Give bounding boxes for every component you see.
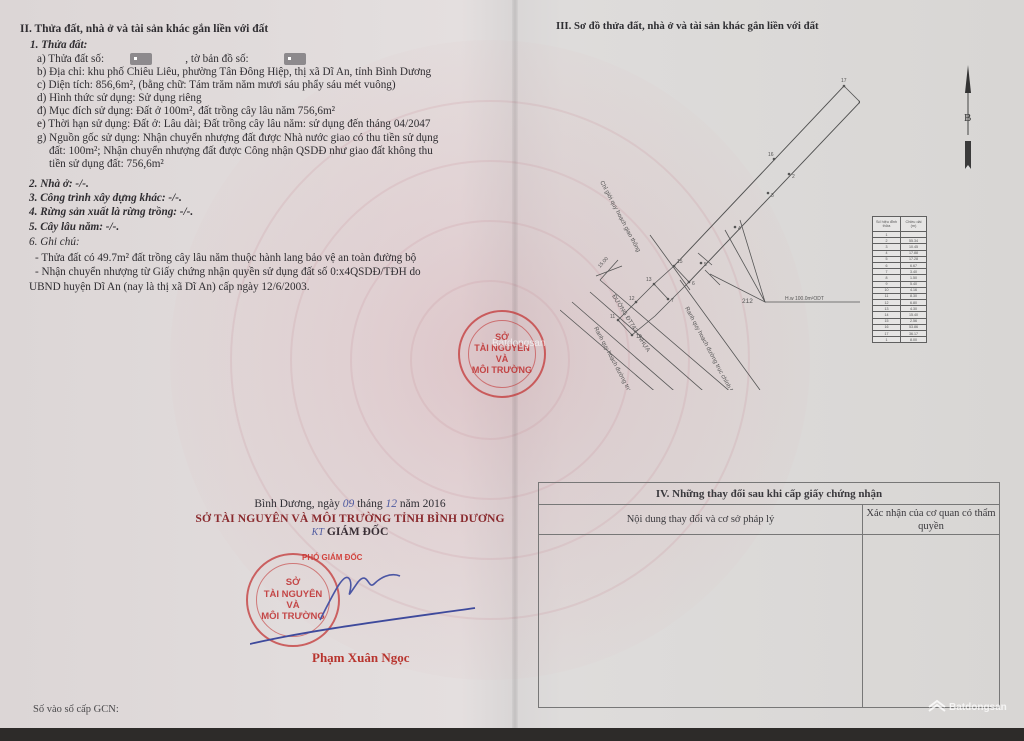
stamp-text: MÔI TRƯỜNG [472, 365, 532, 376]
map-sheet-label: , tờ bản đồ số: [185, 53, 248, 65]
kt-mark: KT [312, 527, 324, 538]
table-cell: 1 [873, 337, 901, 343]
date-year: năm 2016 [400, 498, 446, 510]
planned-road-label: Chỉ giới quy hoạch giao thông [598, 180, 642, 254]
svg-text:12: 12 [629, 296, 635, 302]
svg-text:3: 3 [771, 193, 774, 199]
svg-text:7: 7 [671, 298, 674, 304]
perennial-trees-line: 5. Cây lâu năm: -/-. [29, 221, 119, 234]
changes-confirmation-cell [863, 535, 1000, 708]
scale-note: H.w 100.0m²ODT [785, 296, 824, 302]
neighbor-parcel-label: 212 [742, 298, 753, 305]
land-certificate-sheet: II. Thửa đất, nhà ở và tài sản khác gắn … [0, 0, 1024, 728]
svg-text:11: 11 [610, 314, 615, 320]
table-cell: 8.00 [901, 337, 927, 343]
svg-text:15: 15 [677, 259, 683, 265]
watermark-logo: Batdongsan [928, 699, 1007, 715]
other-construction-line: 3. Công trình xây dựng khác: -/-. [29, 192, 182, 205]
origin-line-3: tiền sử dụng đất: 756,6m² [49, 158, 164, 171]
north-label: B [964, 112, 971, 124]
use-purpose-line: đ) Mục đích sử dụng: Đất ở 100m², đất tr… [37, 105, 335, 118]
parcel-number-line: a) Thửa đất số: , tờ bản đồ số: [37, 53, 306, 66]
table-surface [0, 728, 1024, 741]
boundary-length-table: Số hiệu đỉnh thửa Chiều dài (m) 1255.343… [872, 216, 927, 343]
dimension-label: 15.00 [597, 256, 610, 269]
notes-line-1: - Thửa đất có 49.7m² đất trồng cây lâu n… [35, 252, 416, 265]
changes-title: IV. Những thay đổi sau khi cấp giấy chứn… [539, 483, 1000, 505]
planned-line-label-2: Ranh quy hoạch đường trục chính Đông Tây [592, 326, 653, 390]
date-month-label: tháng [357, 498, 383, 510]
changes-content-cell [539, 535, 863, 708]
watermark-center: Batdongsan [492, 338, 545, 349]
header-vertex: Số hiệu đỉnh thửa [873, 217, 901, 232]
stamp-text: VÀ [496, 354, 509, 365]
land-parcel-heading: 1. Thửa đất: [30, 39, 87, 52]
date-month: 12 [386, 498, 398, 510]
production-forest-line: 4. Rừng sản xuất là rừng trồng: -/-. [29, 206, 193, 219]
origin-line-2: đất: 100m²; Nhận chuyển nhượng đất được … [49, 145, 433, 158]
signer-name: Phạm Xuân Ngọc [312, 650, 410, 666]
issue-date: Bình Dương, ngày 09 tháng 12 năm 2016 [180, 498, 520, 510]
director-label: GIÁM ĐỐC [327, 525, 389, 538]
use-form-line: d) Hình thức sử dụng: Sử dụng riêng [37, 92, 202, 105]
official-stamp-center: SỞ TÀI NGUYÊN VÀ MÔI TRƯỜNG [458, 310, 546, 398]
table-row: 18.00 [873, 337, 927, 343]
svg-text:6: 6 [692, 281, 695, 287]
section-iii-title: III. Sơ đồ thửa đất, nhà ở và tài sản kh… [556, 20, 819, 32]
section-ii-title: II. Thửa đất, nhà ở và tài sản khác gắn … [20, 23, 268, 36]
svg-text:5: 5 [704, 262, 707, 268]
department-name: SỞ TÀI NGUYÊN VÀ MÔI TRƯỜNG TỈNH BÌNH DƯ… [180, 512, 520, 525]
changes-table: IV. Những thay đổi sau khi cấp giấy chứn… [538, 482, 1000, 708]
svg-text:4: 4 [738, 226, 741, 232]
batdongsan-logo-icon [928, 699, 946, 715]
date-prefix: Bình Dương, ngày [254, 498, 339, 510]
notes-line-3: UBND huyện Dĩ An (nay là thị xã Dĩ An) c… [29, 281, 310, 294]
header-length: Chiều dài (m) [901, 217, 927, 232]
notes-heading: 6. Ghi chú: [29, 236, 80, 249]
road-name-label: ĐƯỜNG ĐT743 - NHỰA [610, 293, 651, 353]
house-line: 2. Nhà ở: -/-. [29, 178, 89, 191]
svg-text:13: 13 [646, 277, 652, 283]
registry-number-label: Số vào sổ cấp GCN: [33, 704, 119, 715]
use-term-line: e) Thời hạn sử dụng: Đất ở: Lâu dài; Đất… [37, 118, 431, 131]
signature-block: Bình Dương, ngày 09 tháng 12 năm 2016 SỞ… [180, 498, 520, 538]
origin-line-1: g) Nguồn gốc sử dụng: Nhận chuyển nhượng… [37, 132, 438, 145]
changes-col-content: Nội dung thay đổi và cơ sở pháp lý [539, 505, 863, 535]
redacted-map-sheet [284, 53, 306, 65]
date-day: 09 [343, 498, 355, 510]
notes-line-2: - Nhận chuyển nhượng từ Giấy chứng nhận … [35, 266, 421, 279]
svg-text:17: 17 [841, 78, 847, 84]
svg-text:16: 16 [768, 152, 774, 158]
address-line: b) Địa chỉ: khu phố Chiêu Liêu, phường T… [37, 66, 431, 79]
handwritten-signature [250, 560, 480, 650]
redacted-parcel-number [130, 53, 152, 65]
changes-col-confirmation: Xác nhận của cơ quan có thẩm quyền [863, 505, 1000, 535]
parcel-diagram: 171 162 34 515 613 712 1110 Chỉ giới quy… [560, 70, 860, 390]
svg-text:2: 2 [792, 174, 795, 180]
watermark-brand: Batdongsan [949, 702, 1007, 713]
director-title: KT GIÁM ĐỐC [180, 525, 520, 538]
area-line: c) Diện tích: 856,6m², (bằng chữ: Tám tr… [37, 79, 396, 92]
parcel-number-label: a) Thửa đất số: [37, 53, 104, 65]
